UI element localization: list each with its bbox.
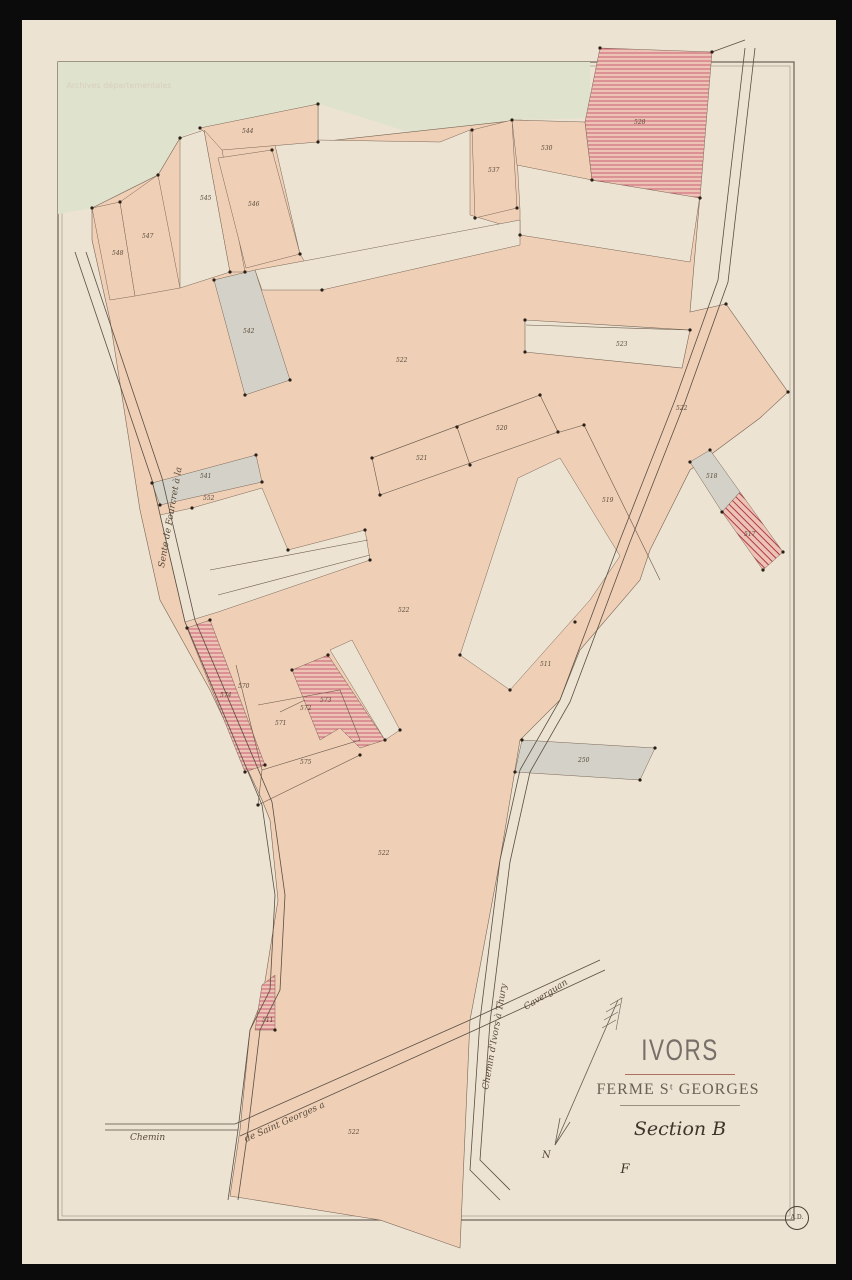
road-label-caverguan: Caverguan: [522, 978, 570, 1013]
label-544: 544: [242, 128, 254, 135]
label-547: 547: [142, 233, 154, 240]
estate-name: FERME Sᵗ GEORGES: [578, 1081, 778, 1099]
label-250: 250: [577, 757, 590, 764]
sheet-letter: F: [490, 1162, 760, 1177]
label-522-b: 522: [676, 405, 688, 412]
label-530: 530: [541, 145, 553, 152]
title-cartouche: IVORS FERME Sᵗ GEORGES Section B F: [600, 1034, 760, 1177]
archive-stamp: Archives départementales: [64, 80, 174, 91]
divider: [620, 1105, 740, 1106]
label-522-c: 522: [398, 607, 410, 614]
divider: [625, 1074, 735, 1075]
section-label: Section B: [600, 1118, 760, 1140]
label-523: 523: [616, 341, 628, 348]
road-chemin-west: [105, 1124, 238, 1130]
label-571: 571: [275, 720, 286, 727]
label-543: 546: [248, 201, 260, 208]
road-label-chemin: Chemin: [130, 1133, 165, 1143]
label-570: 570: [238, 683, 250, 690]
label-519: 519: [602, 497, 614, 504]
label-574: 574: [220, 692, 232, 699]
label-511: 511: [540, 661, 551, 668]
label-522-d: 522: [378, 850, 390, 857]
label-517: 517: [744, 531, 756, 538]
label-522-e: 522: [348, 1129, 360, 1136]
label-548: 548: [112, 250, 124, 257]
north-label: N: [541, 1150, 552, 1161]
label-511b: 511: [262, 1017, 273, 1024]
label-518: 518: [706, 473, 718, 480]
road-label-chemin-ivors-thury: Chemin d'Ivors à Thury: [480, 982, 510, 1091]
label-572: 572: [300, 705, 312, 712]
commune-name: IVORS: [620, 1034, 740, 1068]
label-575: 575: [300, 759, 312, 766]
parcel-528[interactable]: [585, 48, 712, 198]
label-528: 528: [634, 119, 646, 126]
label-521: 521: [416, 455, 427, 462]
label-541: 541: [200, 473, 211, 480]
label-542: 542: [243, 328, 255, 335]
label-573: 573: [320, 697, 332, 704]
label-522-a: 522: [396, 357, 408, 364]
label-520: 520: [496, 425, 508, 432]
label-537: 537: [488, 167, 500, 174]
label-552: 552: [203, 495, 215, 502]
label-545: 545: [200, 195, 212, 202]
archive-seal-icon: A.D.: [785, 1206, 809, 1230]
